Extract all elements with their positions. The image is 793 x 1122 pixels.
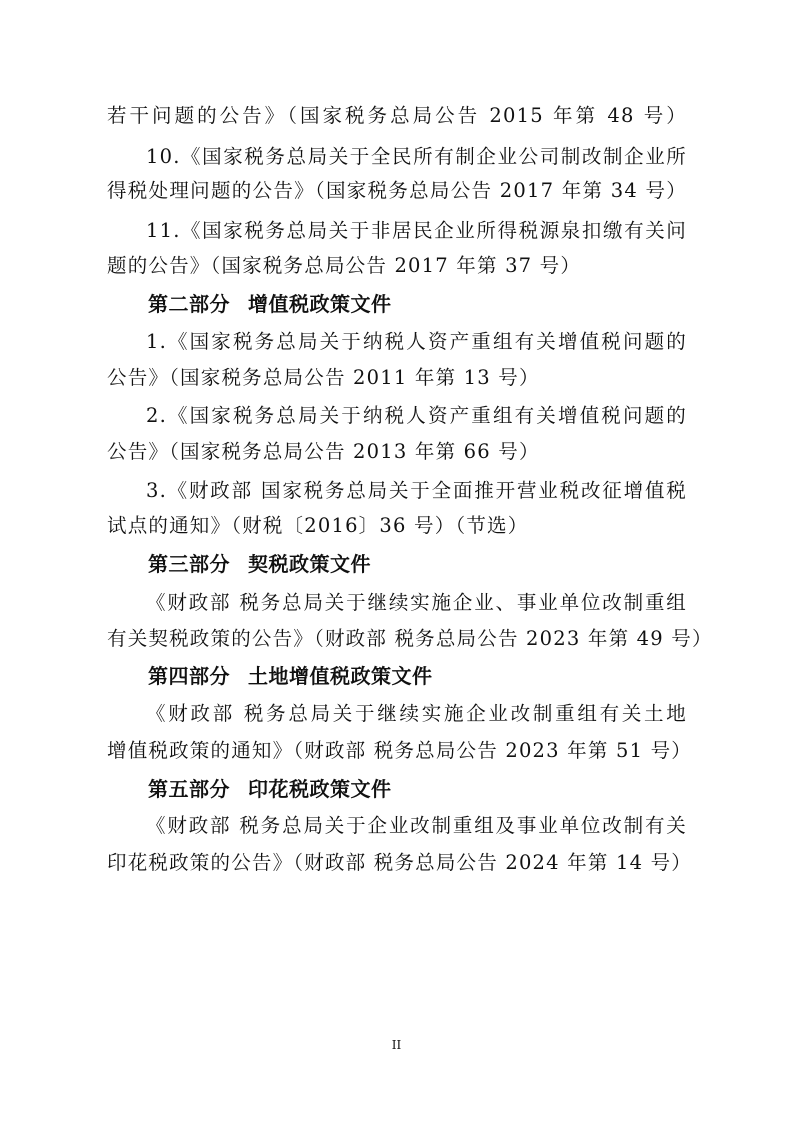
vat-item-1-continuation: 公告》（国家税务总局公告 2011 年第 13 号） <box>107 364 687 392</box>
deed-tax-item: 《财政部 税务总局关于继续实施企业、事业单位改制重组 <box>146 589 687 617</box>
section-label: 第三部分 <box>148 552 230 576</box>
deed-tax-item-continuation: 有关契税政策的公告》（财政部 税务总局公告 2023 年第 49 号） <box>107 625 687 653</box>
section-heading-part4: 第四部分土地增值税政策文件 <box>148 662 433 690</box>
document-page: 若干问题的公告》（国家税务总局公告 2015 年第 48 号） 10.《国家税务… <box>0 0 793 1122</box>
vat-item-2-continuation: 公告》（国家税务总局公告 2013 年第 66 号） <box>107 438 687 466</box>
list-item-9-continuation: 若干问题的公告》（国家税务总局公告 2015 年第 48 号） <box>107 102 687 130</box>
vat-item-3-continuation: 试点的通知》（财税〔2016〕36 号）（节选） <box>107 512 687 540</box>
section-title: 增值税政策文件 <box>248 292 392 316</box>
stamp-tax-item-continuation: 印花税政策的公告》（财政部 税务总局公告 2024 年第 14 号） <box>107 849 687 877</box>
vat-item-2: 2.《国家税务总局关于纳税人资产重组有关增值税问题的 <box>146 402 687 430</box>
section-label: 第五部分 <box>148 777 230 801</box>
land-vat-item-continuation: 增值税政策的通知》（财政部 税务总局公告 2023 年第 51 号） <box>107 737 687 765</box>
list-item-11-continuation: 题的公告》（国家税务总局公告 2017 年第 37 号） <box>107 252 687 280</box>
section-label: 第四部分 <box>148 664 230 688</box>
stamp-tax-item: 《财政部 税务总局关于企业改制重组及事业单位改制有关 <box>146 812 687 840</box>
list-item-10: 10.《国家税务总局关于全民所有制企业公司制改制企业所 <box>146 143 687 171</box>
vat-item-3: 3.《财政部 国家税务总局关于全面推开营业税改征增值税 <box>146 477 687 505</box>
section-heading-part2: 第二部分增值税政策文件 <box>148 290 392 318</box>
list-item-11: 11.《国家税务总局关于非居民企业所得税源泉扣缴有关问 <box>146 217 687 245</box>
land-vat-item: 《财政部 税务总局关于继续实施企业改制重组有关土地 <box>146 700 687 728</box>
vat-item-1: 1.《国家税务总局关于纳税人资产重组有关增值税问题的 <box>146 328 687 356</box>
section-title: 契税政策文件 <box>248 552 371 576</box>
section-label: 第二部分 <box>148 292 230 316</box>
section-heading-part3: 第三部分契税政策文件 <box>148 550 371 578</box>
list-item-10-continuation: 得税处理问题的公告》（国家税务总局公告 2017 年第 34 号） <box>107 177 687 205</box>
section-title: 印花税政策文件 <box>248 777 392 801</box>
page-number: II <box>0 1038 793 1052</box>
section-heading-part5: 第五部分印花税政策文件 <box>148 775 392 803</box>
section-title: 土地增值税政策文件 <box>248 664 433 688</box>
